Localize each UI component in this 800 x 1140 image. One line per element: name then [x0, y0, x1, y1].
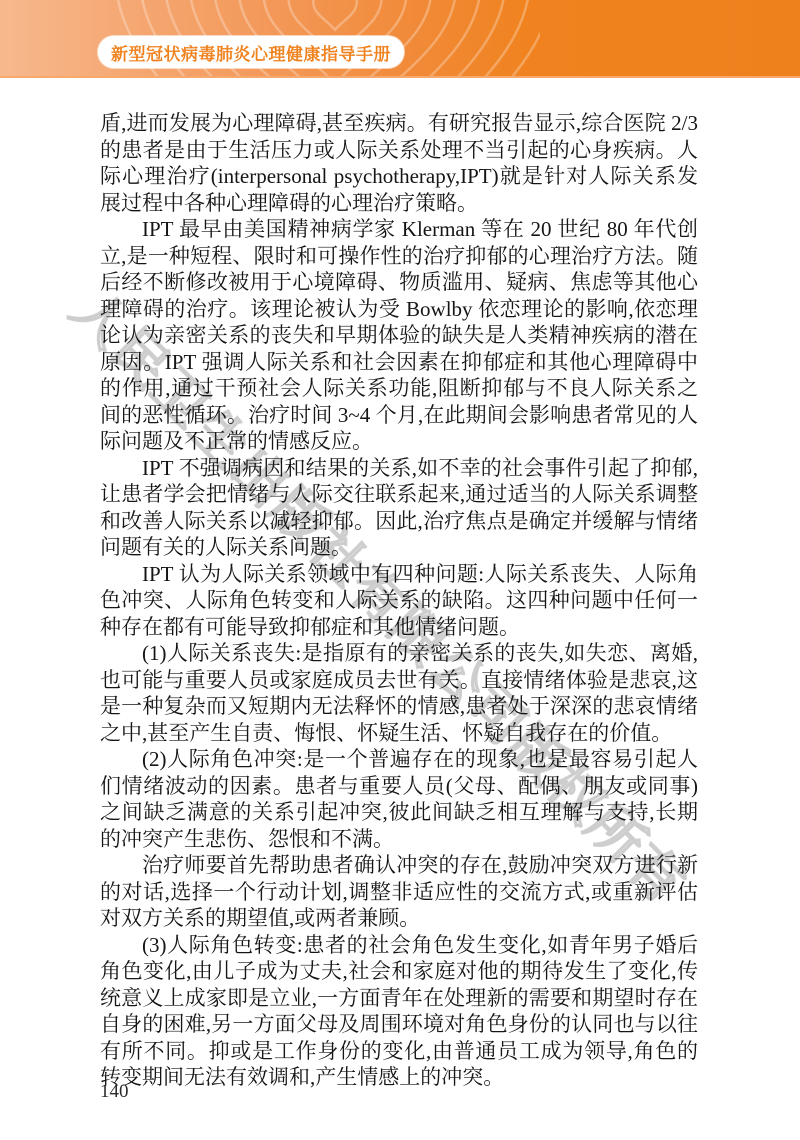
body-paragraph: (3)人际角色转变:患者的社会角色发生变化,如青年男子婚后角色变化,由儿子成为丈… — [100, 932, 698, 1091]
book-title-badge: 新型冠状病毒肺炎心理健康指导手册 — [98, 36, 404, 68]
book-title-text: 新型冠状病毒肺炎心理健康指导手册 — [111, 40, 391, 65]
page-number: 140 — [100, 1081, 129, 1103]
page-body: 盾,进而发展为心理障碍,甚至疾病。有研究报告显示,综合医院 2/3 的患者是由于… — [100, 110, 698, 1091]
body-paragraph: 盾,进而发展为心理障碍,甚至疾病。有研究报告显示,综合医院 2/3 的患者是由于… — [100, 110, 698, 216]
body-paragraph: (2)人际角色冲突:是一个普遍存在的现象,也是最容易引起人们情绪波动的因素。患者… — [100, 746, 698, 852]
body-paragraph: IPT 最早由美国精神病学家 Klerman 等在 20 世纪 80 年代创立,… — [100, 216, 698, 455]
body-paragraph: IPT 认为人际关系领域中有四种问题:人际关系丧失、人际角色冲突、人际角色转变和… — [100, 561, 698, 641]
header-band: 新型冠状病毒肺炎心理健康指导手册 — [0, 0, 800, 78]
body-paragraph: IPT 不强调病因和结果的关系,如不幸的社会事件引起了抑郁,让患者学会把情绪与人… — [100, 455, 698, 561]
body-paragraph: (1)人际关系丧失:是指原有的亲密关系的丧失,如失恋、离婚,也可能与重要人员或家… — [100, 640, 698, 746]
body-paragraph: 治疗师要首先帮助患者确认冲突的存在,鼓励冲突双方进行新的对话,选择一个行动计划,… — [100, 852, 698, 932]
